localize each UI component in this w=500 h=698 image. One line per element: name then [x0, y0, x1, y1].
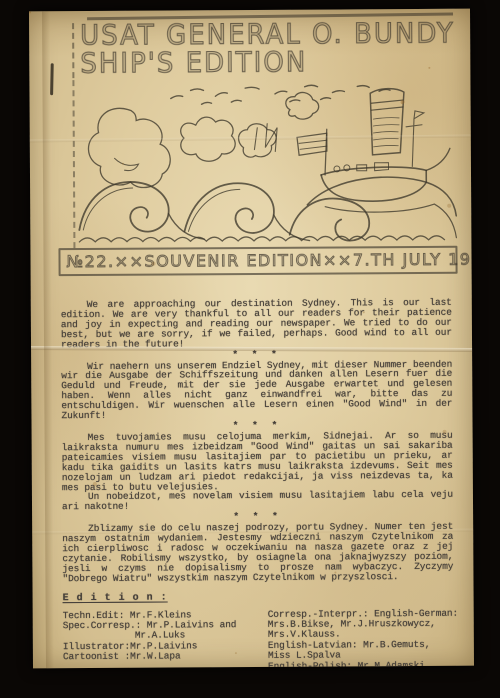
- masthead: USAT GENERAL O. BUNDY SHIP'S EDITION: [72, 21, 456, 78]
- masthead-title-line1: USAT GENERAL O. BUNDY: [80, 20, 456, 51]
- scallop-waterline: [79, 236, 444, 242]
- smoke-clouds: [88, 92, 319, 187]
- credit-column-left: Techn.Edit: Mr.F.Kleins Spec.Corresp.: M…: [63, 609, 268, 668]
- article-paragraph: We are approaching our destination Sydne…: [61, 298, 452, 350]
- issue-bar: №22. ××SOUVENIR EDITION×× 7.TH JULY 1949: [58, 246, 457, 276]
- edition-heading: E d i t i o n :: [63, 591, 454, 603]
- signal-flag: [297, 129, 327, 175]
- article-polish: Zblizamy sie do celu naszej podrozy, por…: [62, 522, 453, 584]
- ship-illustration: [76, 78, 457, 248]
- issue-label: ××SOUVENIR EDITION××: [115, 250, 353, 270]
- issue-date: 7.TH JULY 1949: [353, 250, 474, 270]
- issue-number: №22.: [66, 252, 114, 271]
- credit-line: Cartoonist :Mr.W.Lapa: [63, 651, 268, 663]
- article-german: Wir naehern uns unserem Endziel Sydney, …: [61, 359, 452, 421]
- masthead-illustration: [72, 78, 457, 248]
- fold-crease: [42, 11, 54, 668]
- credits: Techn.Edit: Mr.F.Kleins Spec.Corresp.: M…: [63, 608, 454, 668]
- article-english: We are approaching our destination Sydne…: [61, 298, 452, 350]
- article-paragraph: Mes tuvojamies musu celojuma merkim, Sid…: [62, 431, 453, 493]
- document-paper: USAT GENERAL O. BUNDY SHIP'S EDITION: [29, 9, 474, 669]
- smoke-dashes: [171, 85, 390, 105]
- body-text: We are approaching our destination Sydne…: [61, 298, 454, 669]
- pen-mark: [50, 63, 54, 95]
- article-paragraph: Zblizamy sie do celu naszej podrozy, por…: [62, 522, 453, 584]
- article-paragraph: Un nobeidzot, mes novelam visiem musu la…: [62, 490, 453, 512]
- paper-stains: [29, 11, 31, 13]
- credit-line: English-Polish: Mr.M.Adamski,: [268, 660, 458, 668]
- photo-background: { "theme": { "background": "#0a0705", "p…: [0, 0, 500, 698]
- article-latvian: Mes tuvojamies musu celojuma merkim, Sid…: [62, 431, 453, 513]
- masthead-title-line2: SHIP'S EDITION: [80, 47, 456, 79]
- credit-column-right: Corresp.-Interpr.: English-German: Mrs.B…: [268, 608, 459, 668]
- article-paragraph: Wir naehern uns unserem Endziel Sydney, …: [61, 359, 452, 421]
